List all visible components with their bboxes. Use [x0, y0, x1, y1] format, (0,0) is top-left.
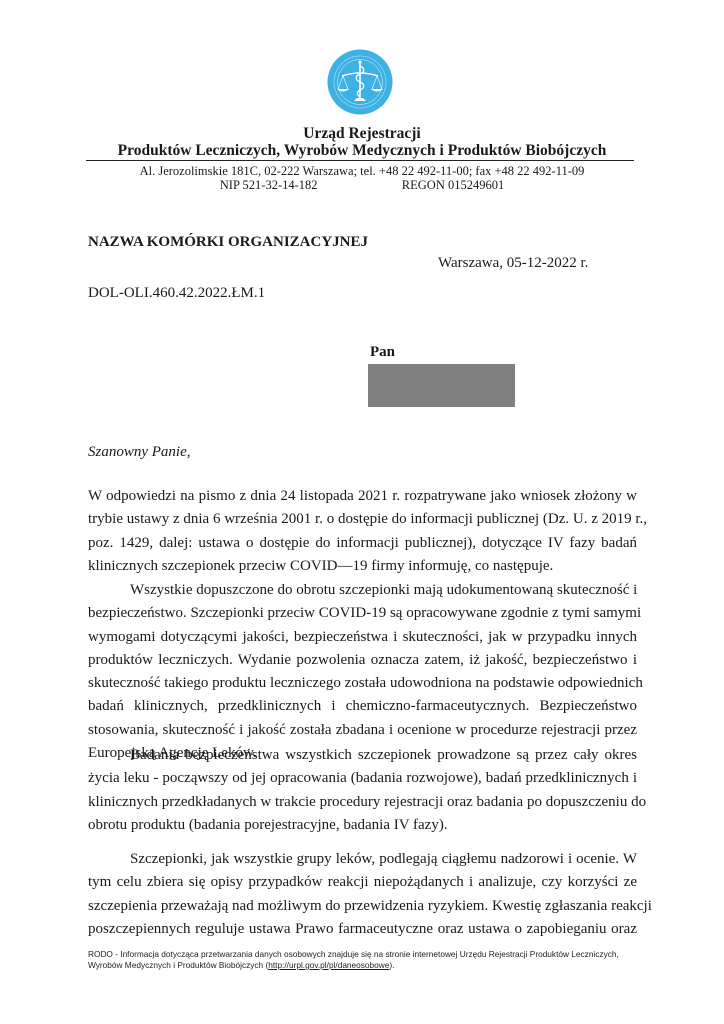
paragraph-line: klinicznych przedkładanych w trakcie pro…	[88, 791, 637, 814]
place-date: Warszawa, 05-12-2022 r.	[438, 255, 588, 272]
paragraph-line: bezpieczeństwo. Szczepionki przeciw COVI…	[88, 602, 637, 625]
paragraph-line: klinicznych szczepionek przeciw COVID—19…	[88, 555, 637, 578]
organizational-unit: NAZWA KOMÓRKI ORGANIZACYJNEJ	[88, 234, 368, 251]
paragraph-2: Wszystkie dopuszczone do obrotu szczepio…	[88, 579, 637, 765]
paragraph-line: tym celu zbiera się opisy przypadków rea…	[88, 871, 637, 894]
paragraph-line: produktów leczniczych. Wydanie pozwoleni…	[88, 649, 637, 672]
paragraph-4: Szczepionki, jak wszystkie grupy leków, …	[88, 848, 637, 941]
paragraph-line: szczepienia przeważają nad możliwym do p…	[88, 895, 637, 918]
paragraph-line: poszczepiennych reguluje ustawa Prawo fa…	[88, 918, 637, 941]
footer-text: Wyrobów Medycznych i Produktów Biobójczy…	[88, 960, 268, 970]
paragraph-line: obrotu produktu (badania porejestracyjne…	[88, 814, 637, 837]
paragraph-line: Badania bezpieczeństwa wszystkich szczep…	[88, 744, 637, 767]
paragraph-line: stosowania, skuteczność i jakość została…	[88, 719, 637, 742]
paragraph-line: Szczepionki, jak wszystkie grupy leków, …	[88, 848, 637, 871]
institution-ids: NIP 521-32-14-182 REGON 015249601	[0, 178, 724, 193]
paragraph-line: skuteczność takiego produktu leczniczego…	[88, 672, 637, 695]
reference-number: DOL-OLI.460.42.2022.ŁM.1	[88, 285, 265, 302]
footer-text-end: ).	[389, 960, 394, 970]
privacy-link[interactable]: http://urpl.gov.pl/pl/daneosobowe	[268, 960, 389, 970]
urpl-logo	[327, 49, 393, 115]
paragraph-line: poz. 1429, dalej: ustawa o dostępie do i…	[88, 532, 637, 555]
caduceus-scales-seal-icon	[327, 49, 393, 115]
institution-address: Al. Jerozolimskie 181C, 02-222 Warszawa;…	[0, 164, 724, 179]
redacted-addressee	[368, 364, 515, 407]
addressee-label: Pan	[370, 344, 395, 361]
footer-line-2: Wyrobów Medycznych i Produktów Biobójczy…	[88, 960, 688, 971]
paragraph-1: W odpowiedzi na pismo z dnia 24 listopad…	[88, 485, 637, 578]
paragraph-line: badań klinicznych, przedklinicznych i ch…	[88, 695, 637, 718]
paragraph-line: trybie ustawy z dnia 6 września 2001 r. …	[88, 508, 637, 531]
footer-line-1: RODO - Informacja dotycząca przetwarzani…	[88, 949, 688, 960]
paragraph-3: Badania bezpieczeństwa wszystkich szczep…	[88, 744, 637, 837]
nip-number: NIP 521-32-14-182	[220, 178, 318, 193]
greeting: Szanowny Panie,	[88, 444, 191, 461]
regon-number: REGON 015249601	[402, 178, 504, 193]
gdpr-footer: RODO - Informacja dotycząca przetwarzani…	[88, 949, 688, 971]
institution-name-line2: Produktów Leczniczych, Wyrobów Medycznyc…	[0, 142, 724, 160]
paragraph-line: Wszystkie dopuszczone do obrotu szczepio…	[88, 579, 637, 602]
paragraph-line: życia leku - począwszy od jej opracowani…	[88, 767, 637, 790]
paragraph-line: W odpowiedzi na pismo z dnia 24 listopad…	[88, 485, 637, 508]
header-divider	[86, 160, 634, 161]
institution-name-line1: Urząd Rejestracji	[0, 125, 724, 143]
paragraph-line: wymogami dotyczącymi jakości, bezpieczeń…	[88, 626, 637, 649]
